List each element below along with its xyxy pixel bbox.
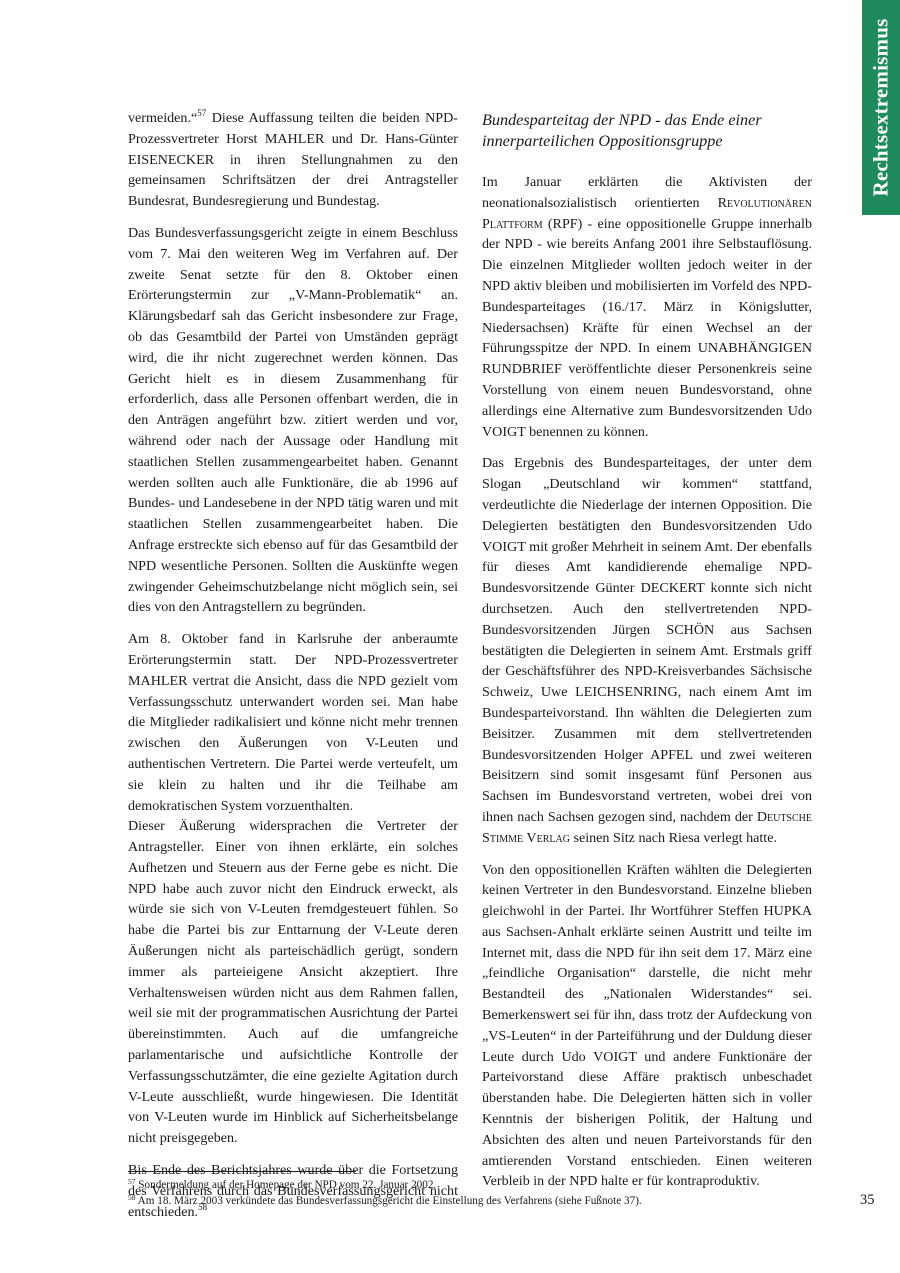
paragraph: Das Bundesverfassungsgericht zeigte in e… <box>128 223 458 618</box>
paragraph: vermeiden.“57 Diese Auffassung teilten d… <box>128 108 458 212</box>
page-number: 35 <box>860 1192 875 1209</box>
right-column: Bundesparteitag der NPD - das Ende einer… <box>482 108 812 1203</box>
paragraph: Im Januar erklärten die Aktivisten der n… <box>482 172 812 442</box>
footnote-ref-57[interactable]: 57 <box>197 108 206 118</box>
paragraph: Das Ergebnis des Bundesparteitages, der … <box>482 453 812 848</box>
footnote-divider <box>128 1171 356 1172</box>
section-heading: Bundesparteitag der NPD - das Ende einer… <box>482 110 812 152</box>
paragraph: Dieser Äußerung widersprachen die Vertre… <box>128 816 458 1149</box>
footnote-57: 57 Sondermeldung auf der Homepage der NP… <box>128 1177 828 1193</box>
footnote-58: 58 Am 18. März 2003 verkündete das Bunde… <box>128 1193 828 1209</box>
section-tab-label: Rechtsextremismus <box>869 19 894 197</box>
paragraph: Von den oppositionellen Kräften wählten … <box>482 860 812 1193</box>
footnotes: 57 Sondermeldung auf der Homepage der NP… <box>128 1177 828 1209</box>
section-tab: Rechtsextremismus <box>862 0 900 215</box>
left-column: vermeiden.“57 Diese Auffassung teilten d… <box>128 108 458 1233</box>
paragraph: Am 8. Oktober fand in Karlsruhe der anbe… <box>128 629 458 816</box>
